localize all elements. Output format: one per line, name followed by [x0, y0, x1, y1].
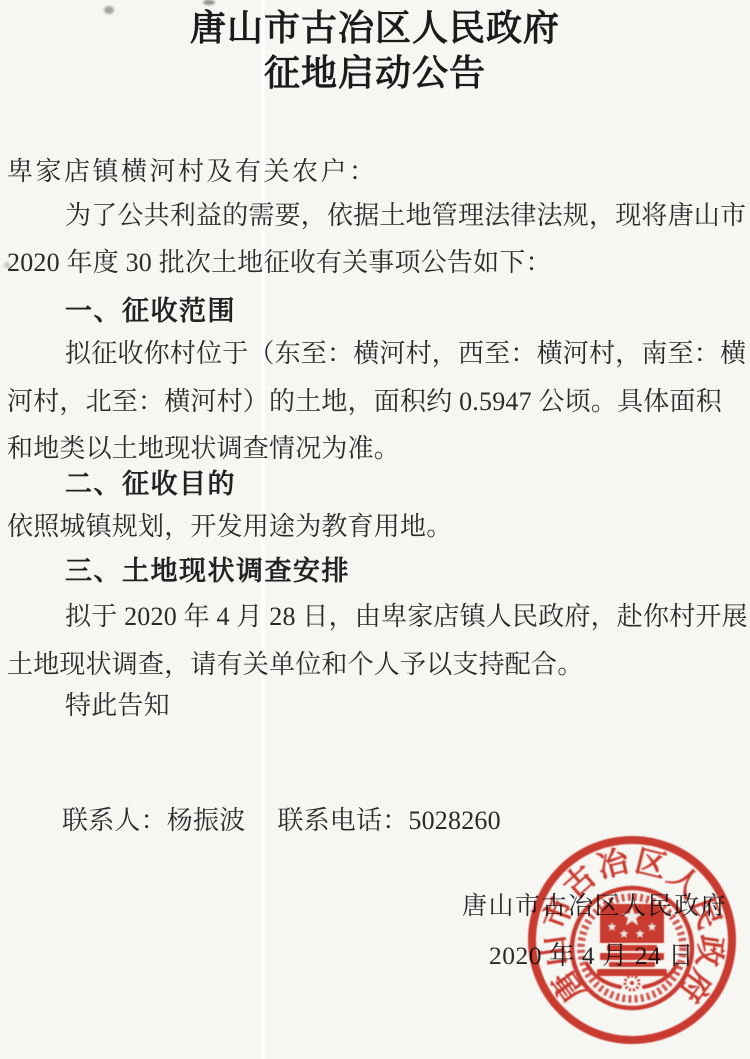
closing-line: 特此告知 — [7, 682, 741, 729]
body-line: 2020 年度 30 批次土地征收有关事项公告如下： — [7, 239, 741, 286]
contact-line: 联系人：杨振波联系电话：5028260 — [62, 797, 501, 844]
document-title-line1: 唐山市古冶区人民政府 — [0, 5, 750, 51]
seal-char: 冶 — [594, 843, 634, 885]
body-line: 为了公共利益的需要，依据土地管理法律法规，现将唐山市 — [7, 192, 741, 239]
seal-char: 政 — [690, 933, 729, 969]
body-line: 拟于 2020 年 4 月 28 日，由卑家店镇人民政府，赴你村开展 — [7, 593, 741, 640]
seal-char: 山 — [535, 933, 574, 969]
national-emblem-icon — [572, 888, 692, 1008]
salutation: 卑家店镇横河村及有关农户： — [7, 148, 741, 195]
body-line: 依照城镇规划，开发用途为教育用地。 — [7, 503, 741, 550]
body-line: 拟征收你村位于（东至：横河村，西至：横河村，南至：横 — [7, 330, 741, 377]
section2-heading: 二、征收目的 — [7, 461, 741, 508]
seal-char: 区 — [632, 843, 671, 884]
contact-person: 联系人：杨振波 — [62, 806, 245, 835]
section3-heading: 三、土地现状调查安排 — [7, 548, 741, 595]
document-title-line2: 征地启动公告 — [0, 50, 750, 96]
official-seal: 唐 山 市 古 冶 区 人 民 政 府 — [514, 822, 750, 1058]
seal-graphic: 唐 山 市 古 冶 区 人 民 政 府 — [532, 840, 732, 1040]
document-page: 唐山市古冶区人民政府 征地启动公告 卑家店镇横河村及有关农户： 为了公共利益的需… — [0, 0, 750, 1059]
contact-phone: 联系电话：5028260 — [277, 806, 500, 835]
body-line: 土地现状调查，请有关单位和个人予以支持配合。 — [7, 641, 741, 688]
body-line: 河村，北至：横河村）的土地，面积约 0.5947 公顷。具体面积 — [7, 378, 741, 425]
section1-heading: 一、征收范围 — [7, 288, 741, 335]
